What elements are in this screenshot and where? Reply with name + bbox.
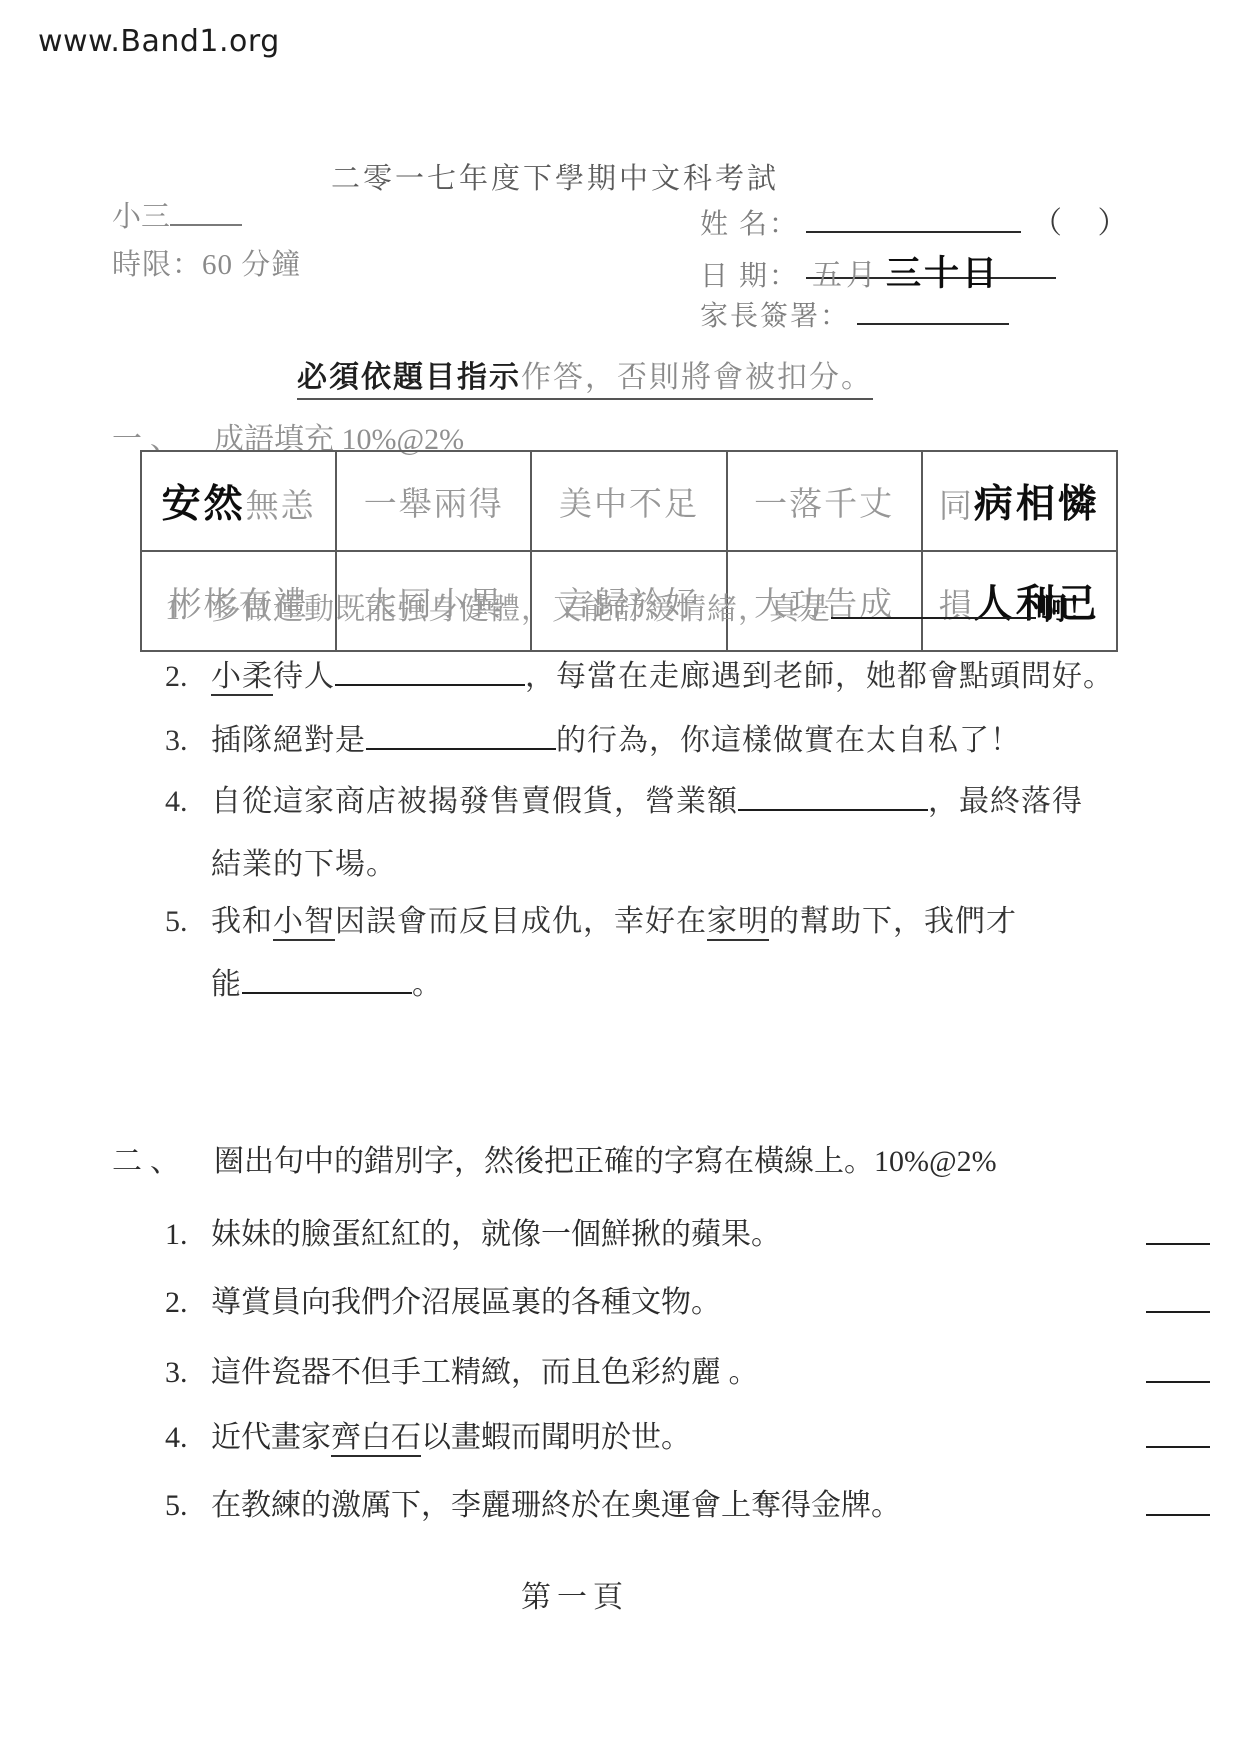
date-field: 日 期： 五月三十日 xyxy=(700,246,1056,294)
section1-question-line: 1.多做運動既能強身健體，又能舒緩情緒，真是啊！ xyxy=(165,578,1205,641)
instruction-strong-text: 必須依題目指示 xyxy=(297,361,521,394)
question-text: 妹妹的臉蛋紅紅的，就像一個鮮揪的蘋果。 xyxy=(211,1218,781,1251)
printed-text: 無恙 xyxy=(246,489,316,525)
question-number: 1. xyxy=(165,578,211,641)
question-number: 1. xyxy=(165,1205,211,1265)
section2-title: 圈出句中的錯別字，然後把正確的字寫在橫線上。10%@2% xyxy=(214,1145,997,1178)
exam-paper-page: www.Band1.org 二零一七年度下學期中文科考試 小三 時限：60 分鐘… xyxy=(0,0,1240,1754)
handwritten-text: 病相憐 xyxy=(974,483,1100,526)
question-number: 3. xyxy=(165,709,211,772)
section1-question-line: 4.自從這家商店被揭發售賣假貨，營業額，最終落得結業的下場。 xyxy=(165,770,1205,896)
printed-text: 的行為，你這樣做實在太自私了！ xyxy=(556,724,1021,757)
answer-blank-line xyxy=(1146,1492,1210,1516)
underlined-name: 小智 xyxy=(273,905,335,941)
date-blank-line: 五月三十日 xyxy=(806,246,1056,279)
section2-question-line: 4.近代畫家齊白石以畫蝦而聞明於世。 xyxy=(165,1408,1210,1468)
question-text: 小柔待人，每當在走廊遇到老師，她都會點頭問好。 xyxy=(211,645,1196,708)
idiom-cell: 同病相憐 xyxy=(922,451,1117,551)
fill-in-blank-line xyxy=(366,717,556,751)
question-number: 3. xyxy=(165,1343,211,1403)
printed-text: ，每當在走廊遇到老師，她都會點頭問好。 xyxy=(525,660,1114,693)
fill-in-blank-line xyxy=(335,653,525,687)
printed-text: 一落千丈 xyxy=(754,487,894,523)
class-level-line: 小三 xyxy=(112,194,242,235)
idiom-cell: 美中不足 xyxy=(531,451,726,551)
answer-blank-line xyxy=(1146,1221,1210,1245)
question-text: 導賞員向我們介沼展區裏的各種文物。 xyxy=(211,1286,721,1319)
printed-text: 的幫助下，我們才 xyxy=(769,905,1017,938)
name-paren: （ ） xyxy=(1032,207,1142,240)
question-number: 4. xyxy=(165,1408,211,1468)
printed-text: 導賞員向我們介沼展區裏的各種文物。 xyxy=(211,1286,721,1319)
idiom-table-row: 安然無恙一舉兩得美中不足一落千丈同病相憐 xyxy=(141,451,1117,551)
section2-heading: 二、圈出句中的錯別字，然後把正確的字寫在橫線上。10%@2% xyxy=(112,1136,997,1180)
printed-text: 以畫蝦而聞明於世。 xyxy=(421,1421,691,1454)
answer-blank-line xyxy=(1146,1359,1210,1383)
section2-question-line: 5.在教練的激厲下，李麗珊終於在奧運會上奪得金牌。 xyxy=(165,1476,1210,1536)
parent-signature-field: 家長簽署： xyxy=(700,292,1009,334)
answer-blank-line xyxy=(1146,1289,1210,1313)
section1-question-line: 3.插隊絕對是的行為，你這樣做實在太自私了！ xyxy=(165,709,1205,772)
fill-in-blank-line xyxy=(738,778,928,812)
site-watermark: www.Band1.org xyxy=(38,24,280,59)
question-text: 多做運動既能強身健體，又能舒緩情緒，真是啊！ xyxy=(211,578,1196,641)
question-text: 插隊絕對是的行為，你這樣做實在太自私了！ xyxy=(211,709,1196,772)
printed-text: 結業的下場。 xyxy=(211,848,397,881)
class-level-label: 小三 xyxy=(112,201,170,233)
question-number: 5. xyxy=(165,1476,211,1536)
question-number: 2. xyxy=(165,1273,211,1333)
section2-question-line: 1.妹妹的臉蛋紅紅的，就像一個鮮揪的蘋果。 xyxy=(165,1205,1210,1265)
printed-text: 我和 xyxy=(211,905,273,938)
fill-in-blank-line xyxy=(242,961,412,995)
name-label: 姓 名： xyxy=(700,209,799,240)
idiom-cell: 一落千丈 xyxy=(727,451,922,551)
question-text: 這件瓷器不但手工精緻，而且色彩約麗 。 xyxy=(211,1356,759,1389)
name-field: 姓 名： （ ） xyxy=(700,198,1142,242)
printed-text: 同 xyxy=(939,489,974,525)
question-text: 我和小智因誤會而反目成仇，幸好在家明的幫助下，我們才能。 xyxy=(211,890,1196,1016)
name-blank-line xyxy=(806,200,1021,233)
question-number: 4. xyxy=(165,770,211,833)
printed-text: 多做運動既能強身健體，又能舒緩情緒，真是 xyxy=(211,593,831,626)
underlined-name: 小柔 xyxy=(211,660,273,696)
date-printed-value: 五月 xyxy=(812,259,880,292)
parent-signature-blank-line xyxy=(857,292,1009,325)
instruction-rest-text: 作答，否則將會被扣分。 xyxy=(521,361,873,394)
parent-signature-label: 家長簽署： xyxy=(700,301,850,332)
printed-text: 待人 xyxy=(273,660,335,693)
question-text: 近代畫家齊白石以畫蝦而聞明於世。 xyxy=(211,1421,691,1457)
printed-text: 在教練的激厲下，李麗珊終於在奧運會上奪得金牌。 xyxy=(211,1489,901,1522)
question-number: 5. xyxy=(165,890,211,953)
fill-in-blank-line xyxy=(831,586,1036,620)
underlined-name: 家明 xyxy=(707,905,769,941)
handwritten-text: 安然 xyxy=(162,483,246,526)
printed-text: 插隊絕對是 xyxy=(211,724,366,757)
section2-number: 二、 xyxy=(112,1145,188,1178)
date-label: 日 期： xyxy=(700,261,799,292)
section1-question-line: 5.我和小智因誤會而反目成仇，幸好在家明的幫助下，我們才能。 xyxy=(165,890,1205,1016)
printed-text: 美中不足 xyxy=(559,487,699,523)
page-number: 第一頁 xyxy=(0,1572,1150,1616)
section1-question-line: 2.小柔待人，每當在走廊遇到老師，她都會點頭問好。 xyxy=(165,645,1205,708)
time-limit-label: 時限：60 分鐘 xyxy=(112,242,301,283)
question-number: 2. xyxy=(165,645,211,708)
printed-text: 自從這家商店被揭發售賣假貨，營業額 xyxy=(211,785,738,818)
section2-question-line: 2.導賞員向我們介沼展區裏的各種文物。 xyxy=(165,1273,1210,1333)
printed-text: 這件瓷器不但手工精緻，而且色彩約麗 。 xyxy=(211,1356,759,1389)
date-handwritten-value: 三十日 xyxy=(886,254,1000,293)
exam-title: 二零一七年度下學期中文科考試 xyxy=(0,156,1110,197)
printed-text: 一舉兩得 xyxy=(364,487,504,523)
idiom-cell: 一舉兩得 xyxy=(336,451,531,551)
question-text: 在教練的激厲下，李麗珊終於在奧運會上奪得金牌。 xyxy=(211,1489,901,1522)
handwritten-text: 啊！ xyxy=(1036,593,1098,626)
section2-question-line: 3.這件瓷器不但手工精緻，而且色彩約麗 。 xyxy=(165,1343,1210,1403)
answer-blank-line xyxy=(1146,1424,1210,1448)
exam-instruction: 必須依題目指示作答，否則將會被扣分。 xyxy=(0,352,1170,396)
printed-text: ，最終落得 xyxy=(928,785,1083,818)
printed-text: 近代畫家 xyxy=(211,1421,331,1454)
idiom-cell: 安然無恙 xyxy=(141,451,336,551)
printed-text: 能 xyxy=(211,968,242,1001)
question-text: 自從這家商店被揭發售賣假貨，營業額，最終落得結業的下場。 xyxy=(211,770,1196,896)
class-blank-line xyxy=(170,195,242,226)
printed-text: 妹妹的臉蛋紅紅的，就像一個鮮揪的蘋果。 xyxy=(211,1218,781,1251)
printed-text: 因誤會而反目成仇，幸好在 xyxy=(335,905,707,938)
underlined-name: 齊白石 xyxy=(331,1421,421,1457)
printed-text: 。 xyxy=(412,968,443,1001)
